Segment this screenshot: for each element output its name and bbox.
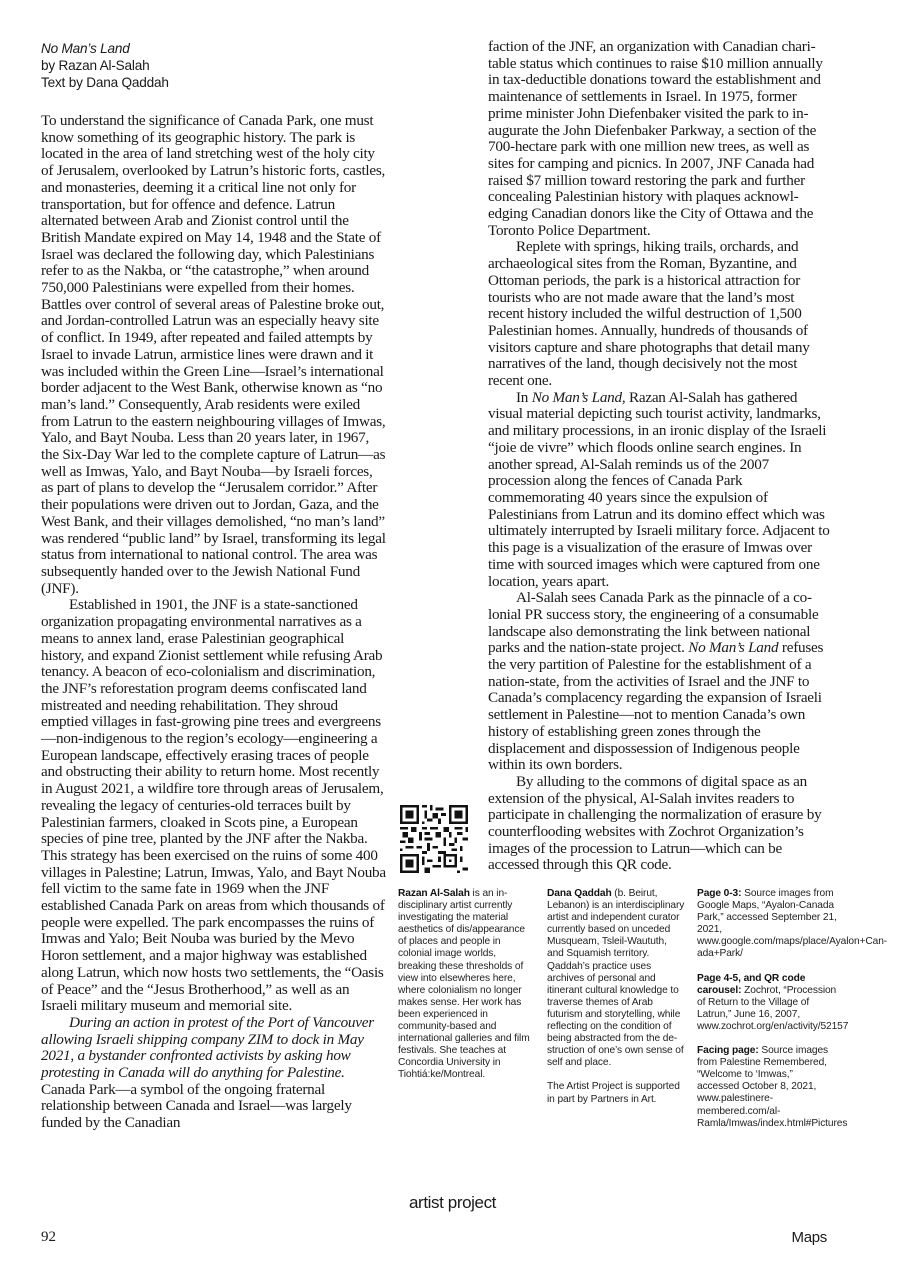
italic-quote: During an action in protest of the Port … xyxy=(41,1014,374,1081)
page-number: 92 xyxy=(41,1229,56,1246)
article-text-credit: Text by Dana Qaddah xyxy=(41,74,169,91)
credit-text: Source images from Palestine Remembered,… xyxy=(697,1045,847,1129)
credit-label: Page 0-3: xyxy=(697,888,741,899)
qr-code-icon[interactable] xyxy=(400,805,468,873)
paragraph: Al-Salah sees Canada Park as the pinnacl… xyxy=(488,590,833,774)
image-credits: Page 0-3: Source images from Google Maps… xyxy=(697,888,837,1142)
paragraph: During an action in protest of the Port … xyxy=(41,1015,386,1132)
paragraph: faction of the JNF, an organization with… xyxy=(488,39,833,239)
artist-bio-note: Razan Al-Salah is an in­disciplinary art… xyxy=(398,888,533,1094)
work-title: No Man’s Land xyxy=(532,389,622,406)
writer-bio-note: Dana Qaddah (b. Beirut, Lebanon) is an i… xyxy=(547,888,685,1118)
paragraph: In No Man’s Land, Razan Al-Salah has gat… xyxy=(488,390,833,590)
magazine-section-label: Maps xyxy=(792,1229,827,1246)
article-byline: by Razan Al-Salah xyxy=(41,57,169,74)
artist-bio: is an in­disciplinary artist currently i… xyxy=(398,888,530,1080)
credit-label: Facing page: xyxy=(697,1045,759,1056)
paragraph-text: In xyxy=(516,389,532,406)
article-column-right: faction of the JNF, an organization with… xyxy=(488,39,833,874)
paragraph: To understand the significance of Canada… xyxy=(41,113,386,597)
paragraph: Established in 1901, the JNF is a state-… xyxy=(41,597,386,1015)
section-label: artist project xyxy=(0,1193,905,1213)
article-column-left: To understand the significance of Canada… xyxy=(41,113,386,1132)
paragraph-text: Canada Park—a symbol of the ongoing frat… xyxy=(41,1081,352,1131)
support-note: The Artist Project is supported in part … xyxy=(547,1081,685,1105)
writer-bio: (b. Beirut, Lebanon) is an interdisci­pl… xyxy=(547,888,684,1068)
artist-name: Razan Al-Salah xyxy=(398,888,470,899)
writer-name: Dana Qaddah xyxy=(547,888,612,899)
paragraph: By alluding to the commons of digital sp… xyxy=(488,774,833,874)
work-title: No Man’s Land xyxy=(688,639,778,656)
article-title: No Man’s Land xyxy=(41,40,169,57)
paragraph: Replete with springs, hiking trails, orc… xyxy=(488,239,833,389)
paragraph-text: refuses the very partition of Palestine … xyxy=(488,639,823,773)
paragraph-text: , Razan Al-Salah has gathered visual mat… xyxy=(488,389,830,590)
article-header: No Man’s Land by Razan Al-Salah Text by … xyxy=(41,40,169,91)
